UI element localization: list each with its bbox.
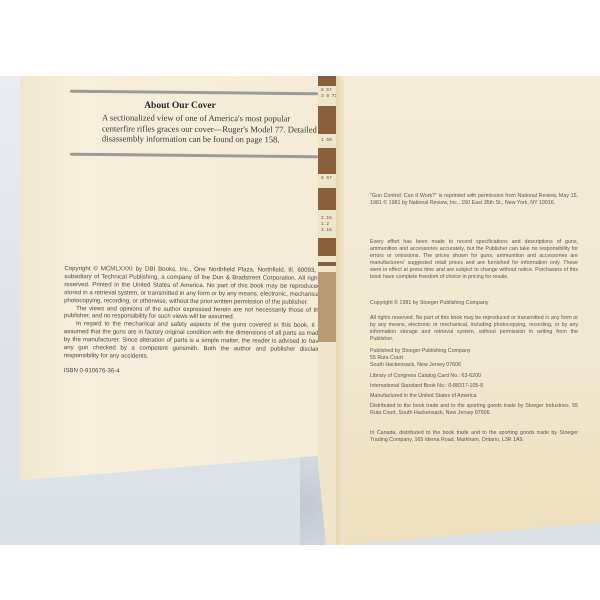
right-book-page: "Gun Control: Can It Work?" is reprinted… xyxy=(336,76,600,545)
publisher-line: South Hackensack, New Jersey 07606 xyxy=(370,362,578,369)
distribution-canada-text: In Canada, distributed to the book trade… xyxy=(370,430,578,444)
spine-band xyxy=(318,76,338,86)
copyright-text: Copyright © 1981 by Stoeger Publishing C… xyxy=(370,300,578,307)
cover-section-title: About Our Cover xyxy=(20,101,340,111)
spine-tick: 3 8 71 xyxy=(321,94,337,99)
book-photo: About Our Cover A sectionalized view of … xyxy=(0,76,600,545)
divider-bottom xyxy=(70,153,318,159)
copyright-block: Copyright © MCMLXXXI by DBI Books, Inc.,… xyxy=(64,265,323,377)
publisher-block: Published by Stoeger Publishing Company … xyxy=(370,348,578,369)
cover-section-body: A sectionalized view of one of America's… xyxy=(102,112,322,145)
manufactured-text: Manufactured in the United States of Ame… xyxy=(370,393,578,400)
spine-band xyxy=(318,262,338,266)
spine-tick: 1.2 xyxy=(321,222,329,227)
isbn-text: ISBN 0-910676-36-4 xyxy=(64,367,322,377)
spine-tick: 3.15 xyxy=(321,228,332,233)
spine-band xyxy=(318,188,338,210)
divider-top xyxy=(70,90,318,96)
spine-tick: 1 50 xyxy=(321,138,332,143)
spine-band xyxy=(318,238,338,256)
spine-band xyxy=(318,106,338,134)
left-book-page: About Our Cover A sectionalized view of … xyxy=(20,76,320,480)
copyright-paragraph: Copyright © MCMLXXXI by DBI Books, Inc.,… xyxy=(64,265,322,306)
views-paragraph: The views and opinions of the author exp… xyxy=(64,305,322,323)
reprint-note: "Gun Control: Can It Work?" is reprinted… xyxy=(370,193,578,207)
spine-tick: 2.15 xyxy=(321,216,332,221)
spine-tick: 8 57 xyxy=(321,88,332,93)
page-edge xyxy=(336,76,344,545)
spine-band xyxy=(318,272,338,342)
spine-band xyxy=(318,148,338,174)
safety-paragraph: In regard to the mechanical and safety a… xyxy=(64,320,322,361)
disclaimer-text: Every effort has been made to record spe… xyxy=(370,239,578,282)
distribution-us-text: Distributed to the book trade and to the… xyxy=(370,403,578,417)
isbn-text: International Standard Book No.: 0-88317… xyxy=(370,383,578,390)
book-spine-edge: 8 57 3 8 71 1 50 8 57 2.15 1.2 3.15 xyxy=(318,76,338,545)
rights-text: All rights reserved. No part of this boo… xyxy=(370,315,578,343)
publisher-line: Published by Stoeger Publishing Company xyxy=(370,348,578,355)
spine-tick: 8 57 xyxy=(321,176,332,181)
loc-card-text: Library of Congress Catalog Card No.: 63… xyxy=(370,373,578,380)
publisher-line: 55 Ruta Court xyxy=(370,355,578,362)
